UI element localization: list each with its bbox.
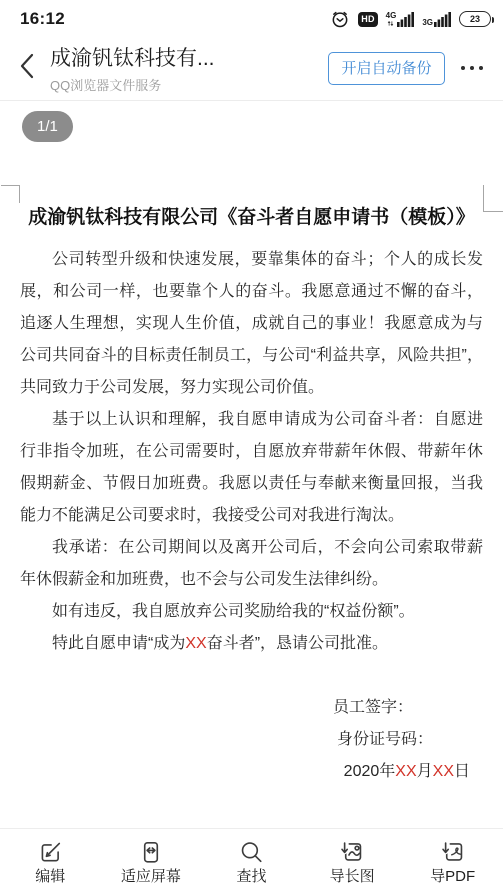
file-info: 成渝钒钛科技有... QQ浏览器文件服务 — [50, 42, 328, 94]
toolbar-label: 导PDF — [430, 869, 475, 884]
status-bar-icons: HD 4G 3G — [330, 9, 491, 29]
signature-block: 员工签字： 身份证号码： 2020年XX月XX日 — [20, 692, 483, 788]
back-button[interactable] — [10, 48, 44, 88]
fit-screen-button[interactable]: 适应屏幕 — [101, 829, 202, 893]
more-icon[interactable] — [445, 56, 492, 81]
page-corner-mark-right — [483, 185, 503, 212]
file-source: QQ浏览器文件服务 — [50, 75, 328, 94]
date-line: 2020年XX月XX日 — [20, 756, 483, 788]
placeholder-xx: XX — [185, 635, 206, 652]
fit-screen-icon — [138, 839, 164, 865]
battery-level: 23 — [470, 14, 480, 24]
paragraph: 公司转型升级和快速发展，要靠集体的奋斗；个人的成长发展，和公司一样，也要靠个人的… — [20, 244, 483, 404]
bottom-toolbar: 编辑 适应屏幕 查找 — [0, 828, 503, 893]
signal-4g-icon: 4G — [386, 12, 415, 27]
paragraph: 特此自愿申请“成为XX奋斗者”，恳请公司批准。 — [20, 628, 483, 660]
document-page[interactable]: 成渝钒钛科技有限公司《奋斗者自愿申请书（模板）》 公司转型升级和快速发展，要靠集… — [0, 185, 503, 788]
paragraph: 我承诺：在公司期间以及离开公司后，不会向公司索取带薪年休假薪金和加班费，也不会与… — [20, 532, 483, 596]
header-divider — [0, 100, 503, 101]
header: 成渝钒钛科技有... QQ浏览器文件服务 开启自动备份 — [0, 36, 503, 100]
clock-time: 16:12 — [20, 9, 65, 29]
edit-button[interactable]: 编辑 — [0, 829, 101, 893]
placeholder-day: XX — [433, 763, 454, 780]
placeholder-month: XX — [395, 763, 416, 780]
signal-3g-icon: 3G — [422, 12, 451, 27]
alarm-icon — [330, 9, 350, 29]
back-chevron-icon — [16, 51, 38, 86]
battery-icon: 23 — [459, 11, 491, 27]
export-long-image-button[interactable]: 导长图 — [302, 829, 403, 893]
hd-icon: HD — [358, 12, 377, 27]
toolbar-label: 编辑 — [35, 869, 65, 884]
export-image-icon — [339, 839, 365, 865]
edit-icon — [37, 839, 63, 865]
id-number-label: 身份证号码： — [20, 724, 483, 756]
export-pdf-button[interactable]: 导PDF — [402, 829, 503, 893]
find-button[interactable]: 查找 — [201, 829, 302, 893]
document-title: 成渝钒钛科技有限公司《奋斗者自愿申请书（模板）》 — [18, 205, 485, 231]
page-indicator: 1/1 — [22, 111, 73, 142]
page-corner-mark-left — [1, 185, 20, 203]
signature-label: 员工签字： — [20, 692, 483, 724]
file-title: 成渝钒钛科技有... — [50, 42, 328, 72]
paragraph: 如有违反，我自愿放弃公司奖励给我的“权益份额”。 — [20, 596, 483, 628]
search-icon — [238, 839, 264, 865]
document-body: 公司转型升级和快速发展，要靠集体的奋斗；个人的成长发展，和公司一样，也要靠个人的… — [0, 244, 503, 788]
toolbar-label: 查找 — [236, 869, 266, 884]
toolbar-label: 适应屏幕 — [121, 869, 181, 884]
auto-backup-button[interactable]: 开启自动备份 — [328, 52, 444, 85]
export-pdf-icon — [440, 839, 466, 865]
paragraph: 基于以上认识和理解，我自愿申请成为公司奋斗者：自愿进行非指令加班，在公司需要时，… — [20, 404, 483, 532]
status-bar: 16:12 HD 4G 3G — [0, 0, 503, 36]
toolbar-label: 导长图 — [330, 869, 375, 884]
